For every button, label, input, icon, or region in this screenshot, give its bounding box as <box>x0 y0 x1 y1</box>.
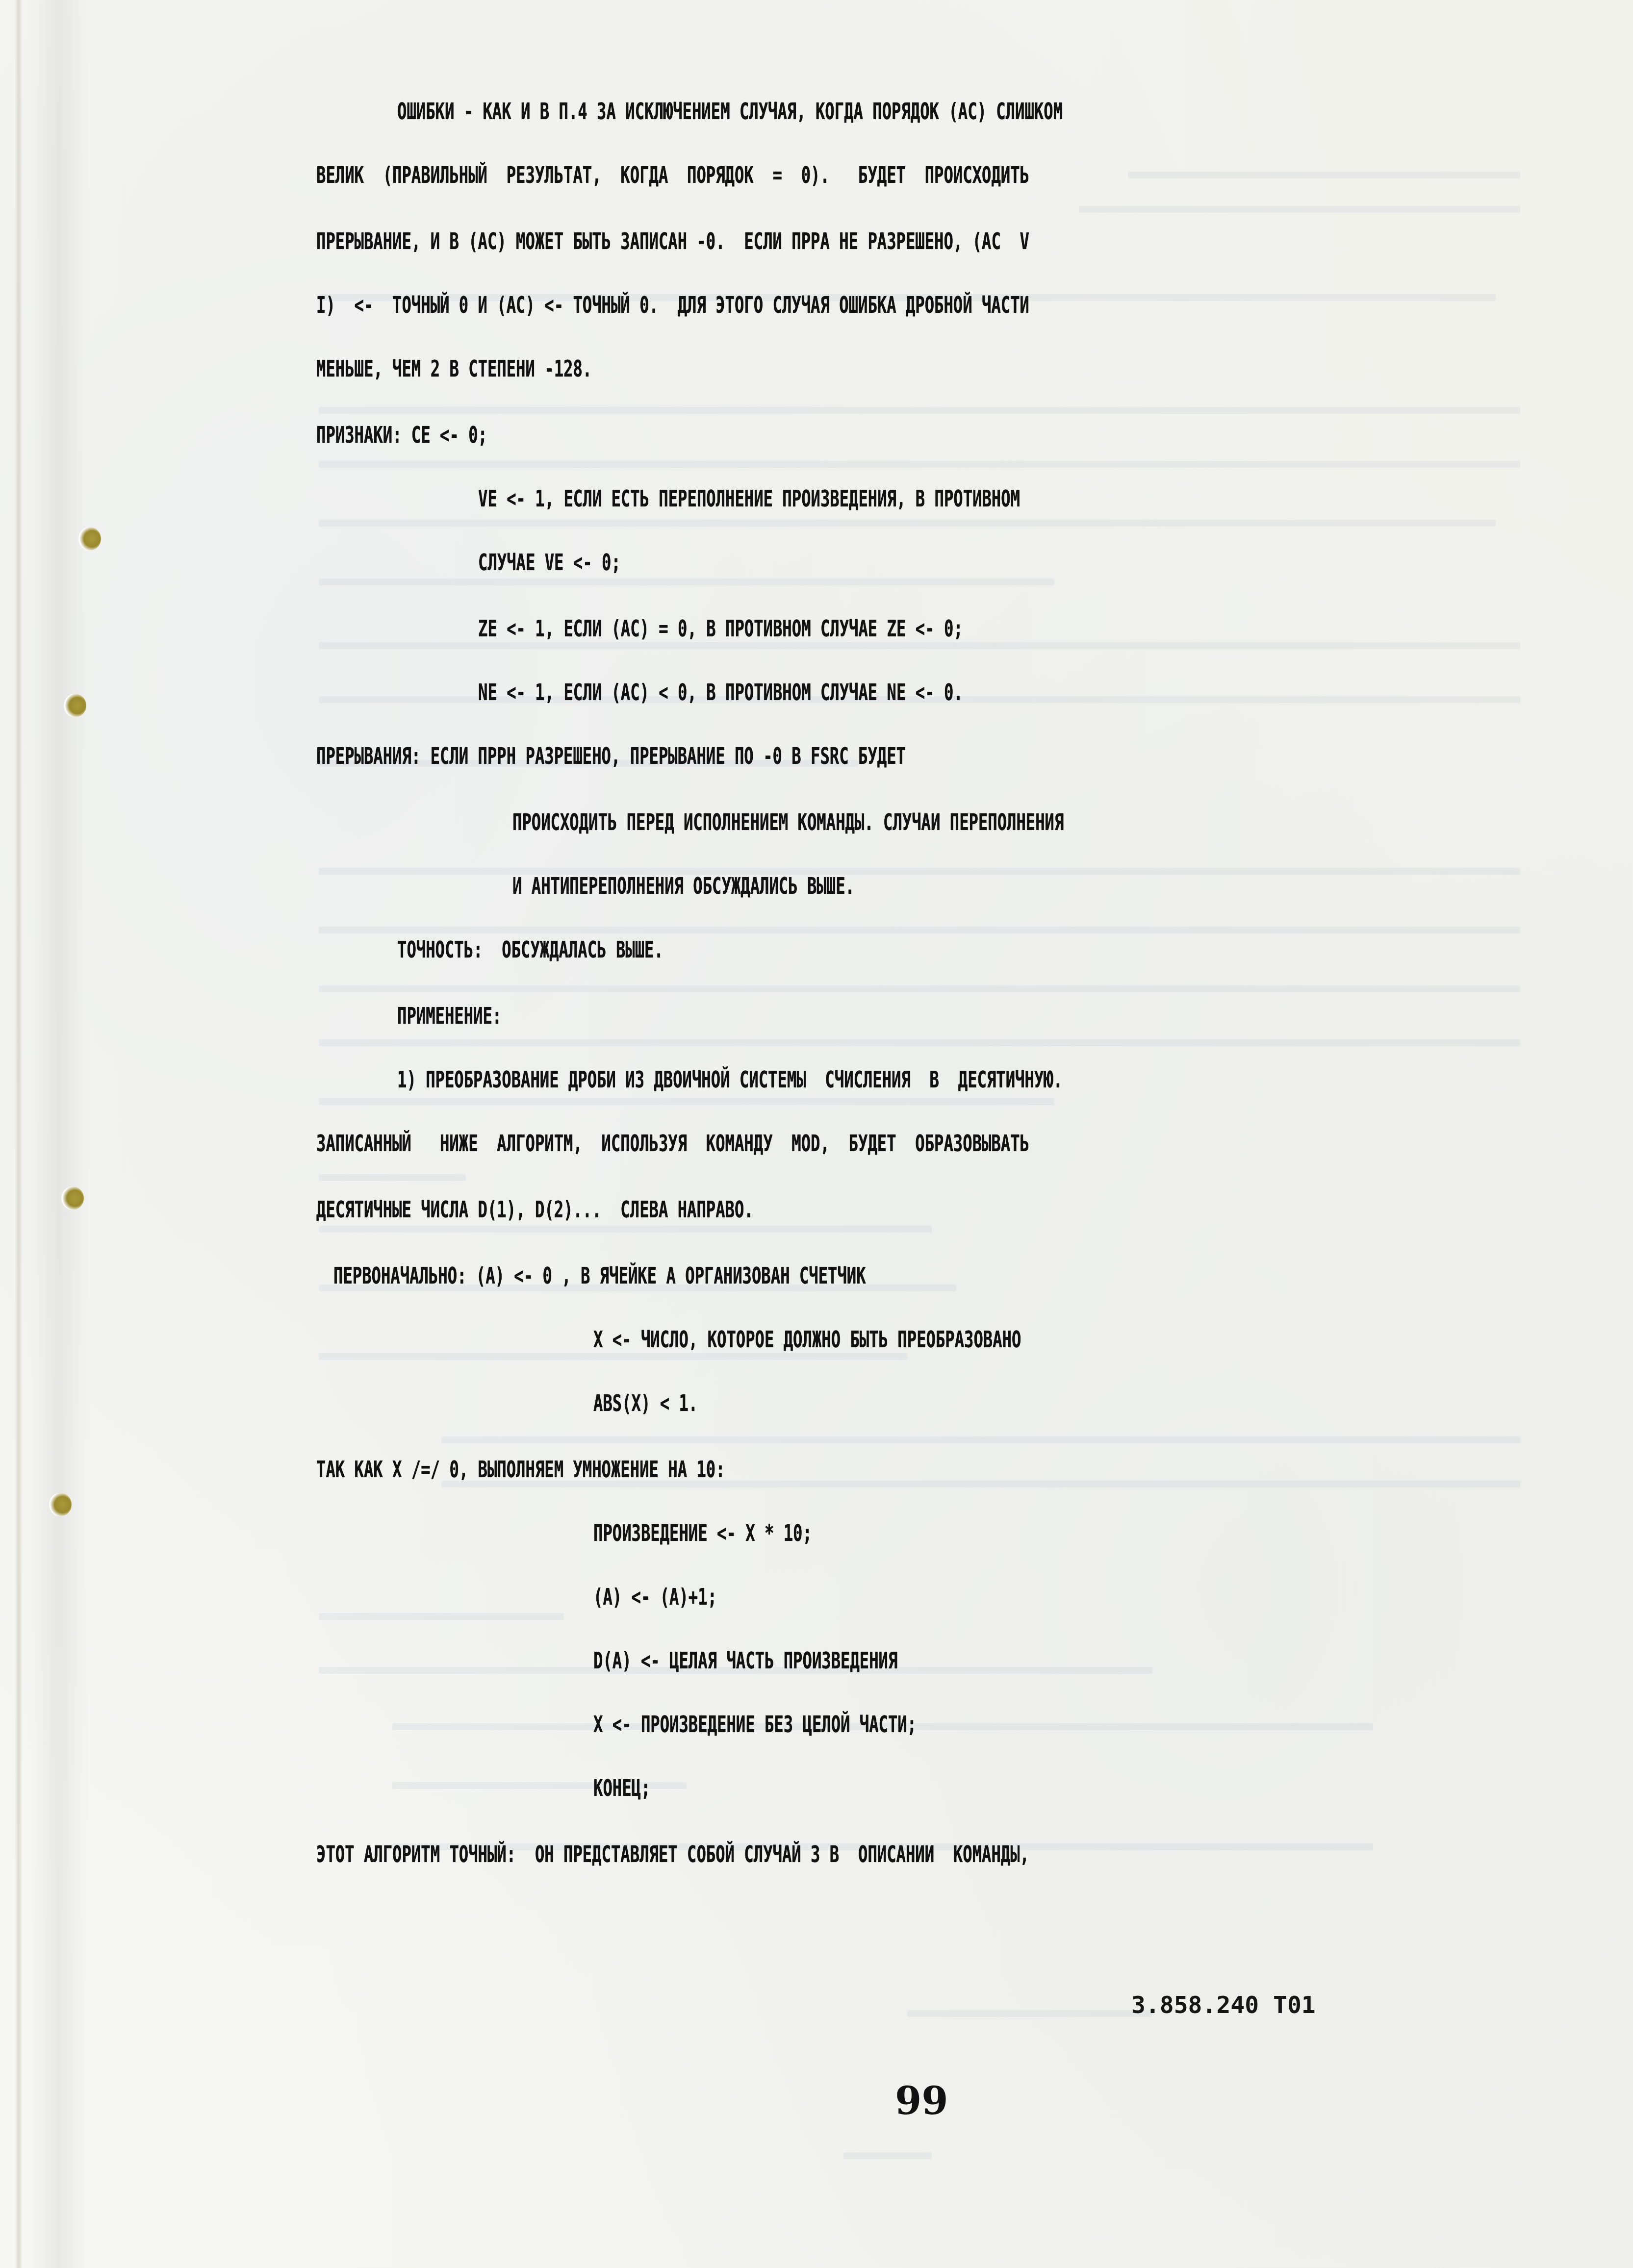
punch-hole <box>49 1493 72 1516</box>
flags-heading-line: ПРИЗНАКИ: CE <- 0; <box>316 422 487 448</box>
text-line: ОШИБКИ - КАК И В П.4 ЗА ИСКЛЮЧЕНИЕМ СЛУЧ… <box>397 98 1063 125</box>
flag-ze-line: ZE <- 1, ЕСЛИ (AC) = 0, В ПРОТИВНОМ СЛУЧ… <box>478 615 963 642</box>
algorithm-end-line: КОНЕЦ; <box>593 1775 650 1801</box>
algorithm-line: ABS(X) < 1. <box>593 1390 698 1416</box>
interrupts-heading-line: ПРЕРЫВАНИЯ: ЕСЛИ ПРРН РАЗРЕШЕНО, ПРЕРЫВА… <box>316 743 906 769</box>
text-line: ПРЕРЫВАНИЕ, И В (AC) МОЖЕТ БЫТЬ ЗАПИСАН … <box>316 228 1029 254</box>
algorithm-condition-line: ТАК КАК X /=/ 0, ВЫПОЛНЯЕМ УМНОЖЕНИЕ НА … <box>316 1456 725 1483</box>
algorithm-line: X <- ЧИСЛО, КОТОРОЕ ДОЛЖНО БЫТЬ ПРЕОБРАЗ… <box>593 1326 1021 1353</box>
page-number: 99 <box>895 2079 948 2123</box>
punch-hole <box>78 527 101 551</box>
accuracy-line: ТОЧНОСТЬ: ОБСУЖДАЛАСЬ ВЫШЕ. <box>397 936 663 963</box>
punch-hole <box>64 694 86 717</box>
application-heading: ПРИМЕНЕНИЕ: <box>397 1003 502 1029</box>
flag-ve-line: VE <- 1, ЕСЛИ ЕСТЬ ПЕРЕПОЛНЕНИЕ ПРОИЗВЕД… <box>478 485 1020 512</box>
document-code: 3.858.240 Т01 <box>1131 1991 1316 2019</box>
binding-shadow <box>29 0 88 2268</box>
algorithm-line: D(A) <- ЦЕЛАЯ ЧАСТЬ ПРОИЗВЕДЕНИЯ <box>593 1647 897 1674</box>
algorithm-init-line: ПЕРВОНАЧАЛЬНО: (A) <- 0 , В ЯЧЕЙКЕ A ОРГ… <box>333 1262 866 1289</box>
flag-ne-line: NE <- 1, ЕСЛИ (AC) < 0, В ПРОТИВНОМ СЛУЧ… <box>478 679 963 706</box>
conclusion-line: ЭТОТ АЛГОРИТМ ТОЧНЫЙ: ОН ПРЕДСТАВЛЯЕТ СО… <box>316 1841 1029 1867</box>
text-line: ПРОИСХОДИТЬ ПЕРЕД ИСПОЛНЕНИЕМ КОМАНДЫ. С… <box>512 809 1064 835</box>
text-line: И АНТИПЕРЕПОЛНЕНИЯ ОБСУЖДАЛИСЬ ВЫШЕ. <box>512 873 855 899</box>
algorithm-line: (A) <- (A)+1; <box>593 1584 717 1610</box>
punch-hole <box>61 1186 84 1210</box>
text-line: ДЕСЯТИЧНЫЕ ЧИСЛА D(1), D(2)... СЛЕВА НАП… <box>316 1196 754 1223</box>
text-line: I) <- ТОЧНЫЙ 0 И (AC) <- ТОЧНЫЙ 0. ДЛЯ Э… <box>316 292 1029 318</box>
flag-ve-cont-line: СЛУЧАЕ VE <- 0; <box>478 549 621 576</box>
text-line: МЕНЬШЕ, ЧЕМ 2 В СТЕПЕНИ -128. <box>316 355 592 382</box>
algorithm-line: ПРОИЗВЕДЕНИЕ <- X * 10; <box>593 1520 812 1546</box>
algorithm-line: X <- ПРОИЗВЕДЕНИЕ БЕЗ ЦЕЛОЙ ЧАСТИ; <box>593 1711 917 1738</box>
binding-edge <box>15 0 23 2268</box>
text-line: ЗАПИСАННЫЙ НИЖЕ АЛГОРИТМ, ИСПОЛЬЗУЯ КОМА… <box>316 1130 1029 1157</box>
text-line: 1) ПРЕОБРАЗОВАНИЕ ДРОБИ ИЗ ДВОИЧНОЙ СИСТ… <box>397 1066 1063 1093</box>
text-line: ВЕЛИК (ПРАВИЛЬНЫЙ РЕЗУЛЬТАТ, КОГДА ПОРЯД… <box>316 162 1029 188</box>
